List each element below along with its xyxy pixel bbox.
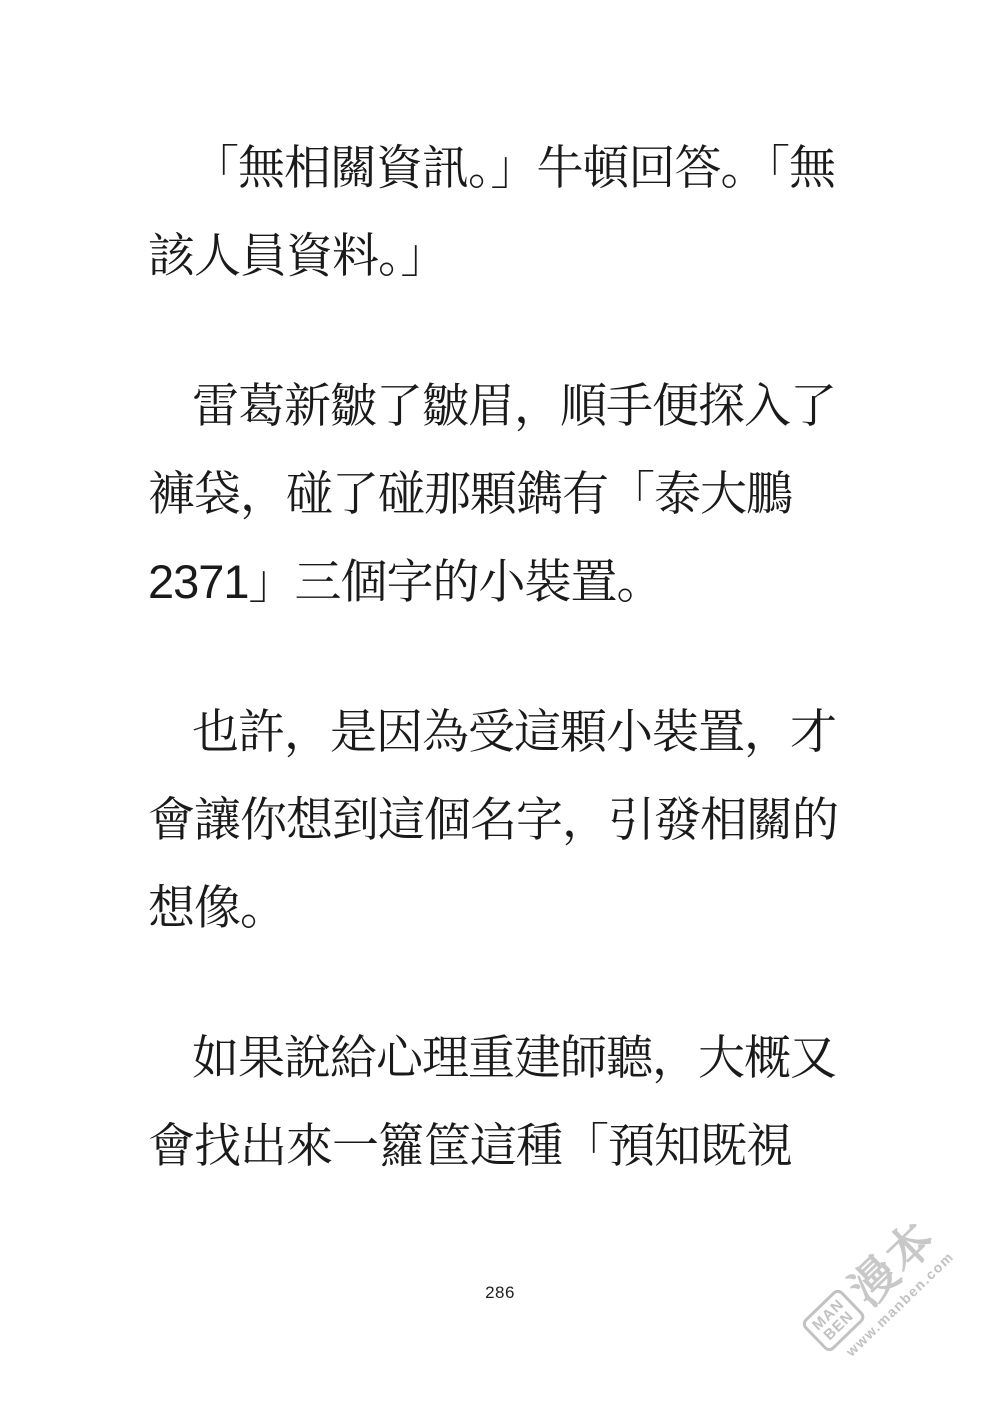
text-line: 也許，是因為受這顆小裝置，才 bbox=[148, 688, 852, 776]
text-line: 會讓你想到這個名字，引發相關的 bbox=[148, 776, 852, 864]
text-line: 2371」三個字的小裝置。 bbox=[148, 538, 852, 626]
paragraph: 雷葛新皺了皺眉，順手便探入了 褲袋，碰了碰那顆鐫有「泰大鵬 2371」三個字的小… bbox=[148, 362, 852, 626]
text-line: 會找出來一籮筐這種「預知既視 bbox=[148, 1102, 852, 1190]
paragraph: 也許，是因為受這顆小裝置，才 會讓你想到這個名字，引發相關的 想像。 bbox=[148, 688, 852, 952]
text-line: 該人員資料。」 bbox=[148, 212, 852, 300]
paragraph: 「無相關資訊。」牛頓回答。「無 該人員資料。」 bbox=[148, 124, 852, 300]
text-line: 褲袋，碰了碰那顆鐫有「泰大鵬 bbox=[148, 450, 852, 538]
text-line: 「無相關資訊。」牛頓回答。「無 bbox=[148, 124, 852, 212]
paragraph: 如果說給心理重建師聽，大概又 會找出來一籮筐這種「預知既視 bbox=[148, 1014, 852, 1190]
book-page: 「無相關資訊。」牛頓回答。「無 該人員資料。」 雷葛新皺了皺眉，順手便探入了 褲… bbox=[0, 0, 1000, 1414]
body-text: 「無相關資訊。」牛頓回答。「無 該人員資料。」 雷葛新皺了皺眉，順手便探入了 褲… bbox=[148, 124, 852, 1252]
text-line: 想像。 bbox=[148, 864, 852, 952]
text-line: 如果說給心理重建師聽，大概又 bbox=[148, 1014, 852, 1102]
text-line: 雷葛新皺了皺眉，順手便探入了 bbox=[148, 362, 852, 450]
